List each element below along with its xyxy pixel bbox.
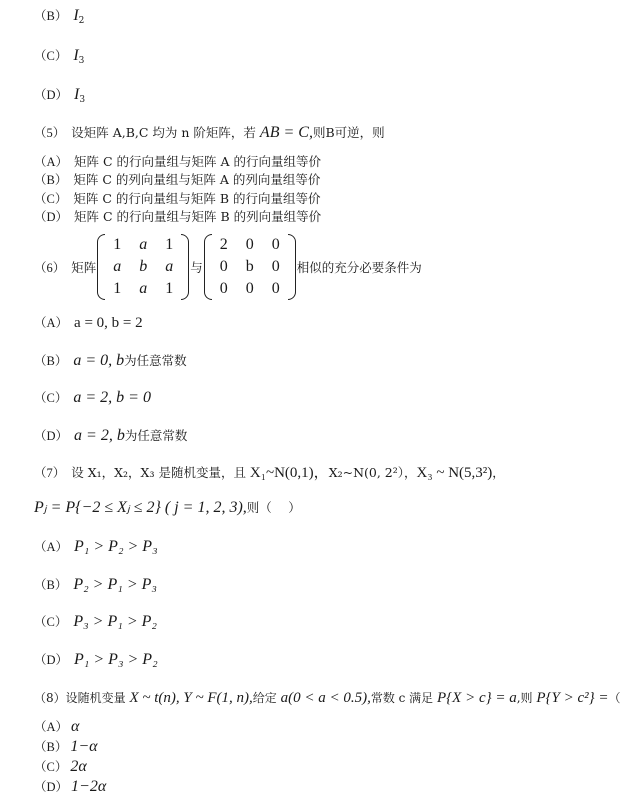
matrix-cell: 0 bbox=[211, 278, 237, 300]
option-label: （A） bbox=[34, 316, 68, 330]
option-label: （C） bbox=[34, 391, 67, 405]
question-text: 设 X₁，X₂，X₃ 是随机变量，且 bbox=[71, 465, 250, 480]
matrix-cell: 0 bbox=[237, 278, 263, 300]
option-label: （B） bbox=[34, 173, 67, 187]
connector-text: 与 bbox=[190, 258, 203, 276]
question-text: （ ） bbox=[609, 691, 623, 705]
q6-option-a: （A）a = 0, b = 2 bbox=[34, 315, 143, 332]
option-label: （A） bbox=[34, 155, 68, 169]
question-text: ,则 bbox=[517, 691, 537, 705]
matrix-cell: a bbox=[130, 278, 156, 300]
separator: ， bbox=[404, 465, 417, 480]
right-paren bbox=[288, 234, 296, 300]
left-paren bbox=[97, 234, 105, 300]
q5-option-d: （D）矩阵 C 的行向量组与矩阵 B 的列向量组等价 bbox=[34, 209, 321, 226]
option-label: （D） bbox=[34, 210, 68, 224]
option-label: （D） bbox=[34, 780, 68, 794]
left-paren bbox=[204, 234, 212, 300]
option-math: a = 2, b = 0 bbox=[73, 389, 151, 406]
option-label: （B） bbox=[34, 9, 67, 23]
option-subscript: 2 bbox=[79, 16, 85, 26]
q8-option-c: （C）2α bbox=[34, 759, 87, 776]
question-text: 则B可逆，则 bbox=[313, 125, 385, 140]
option-text: 矩阵 C 的行向量组与矩阵 B 的列向量组等价 bbox=[74, 209, 321, 224]
question-text: 矩阵 bbox=[71, 258, 96, 276]
q5-stem: （5）设矩阵 A,B,C 均为 n 阶矩阵，若 AB = C,则B可逆，则 bbox=[34, 125, 385, 142]
q7-option-c: （C）P₃ > P₁ > P₂ bbox=[34, 614, 157, 631]
option-label: （B） bbox=[34, 354, 67, 368]
matrix-cell: 2 bbox=[211, 234, 237, 256]
q7-stem-line2: Pⱼ = P{−2 ≤ Xⱼ ≤ 2} ( j = 1, 2, 3),则（ ） bbox=[34, 500, 301, 517]
q8-option-d: （D）1−2α bbox=[34, 779, 106, 796]
option-label: （B） bbox=[34, 740, 67, 754]
matrix-cell: 1 bbox=[156, 234, 182, 256]
matrix-cell: 1 bbox=[156, 278, 182, 300]
question-number: （8） bbox=[34, 691, 66, 705]
option-math: α bbox=[71, 718, 79, 735]
option-text: 为任意常数 bbox=[125, 428, 188, 443]
matrix-cell: 0 bbox=[263, 234, 289, 256]
question-math: Pⱼ = P{−2 ≤ Xⱼ ≤ 2} ( j = 1, 2, 3), bbox=[34, 499, 247, 516]
q7-option-a: （A）P₁ > P₂ > P₃ bbox=[34, 539, 158, 556]
matrix-cell: 0 bbox=[263, 278, 289, 300]
q4-option-c: （C）I3 bbox=[34, 48, 84, 69]
matrix-cell: 0 bbox=[263, 256, 289, 278]
q8-option-a: （A）α bbox=[34, 719, 79, 736]
matrix-cell: b bbox=[237, 256, 263, 278]
q8-option-b: （B）1−α bbox=[34, 739, 98, 756]
q7-option-d: （D）P₁ > P₃ > P₂ bbox=[34, 652, 158, 669]
q6-option-c: （C）a = 2, b = 0 bbox=[34, 390, 151, 407]
q4-option-b: （B）I2 bbox=[34, 8, 84, 29]
option-text: 矩阵 C 的行向量组与矩阵 A 的行向量组等价 bbox=[74, 154, 321, 169]
matrix-cell: 1 bbox=[104, 278, 130, 300]
matrix-b: 200 0b0 000 bbox=[204, 234, 296, 300]
option-label: （C） bbox=[34, 615, 67, 629]
option-subscript: 3 bbox=[79, 56, 85, 66]
q8-stem: （8）设随机变量 X ~ t(n), Y ~ F(1, n),给定 a(0 < … bbox=[34, 690, 623, 706]
option-math: 1−α bbox=[70, 738, 97, 755]
q5-option-b: （B）矩阵 C 的列向量组与矩阵 A 的列向量组等价 bbox=[34, 172, 320, 189]
q7-option-b: （B）P₂ > P₁ > P₃ bbox=[34, 577, 157, 594]
option-math: P₁ > P₃ > P₂ bbox=[74, 651, 158, 668]
question-number: （5） bbox=[34, 126, 65, 140]
question-math: X ~ t(n), Y ~ F(1, n), bbox=[129, 690, 252, 706]
question-text: 相似的充分必要条件为 bbox=[297, 258, 422, 276]
option-label: （C） bbox=[34, 49, 67, 63]
question-text: 则（ ） bbox=[247, 500, 301, 515]
matrix-a: 1a1 aba 1a1 bbox=[97, 234, 189, 300]
question-text: 设矩阵 A,B,C 均为 n 阶矩阵，若 bbox=[71, 125, 260, 140]
option-math: 1−2α bbox=[71, 778, 106, 795]
option-label: （C） bbox=[34, 192, 67, 206]
option-math: 2α bbox=[70, 758, 86, 775]
question-math: X₃ ~ N(5,3²) bbox=[417, 465, 493, 481]
option-math: a = 0, b = 2 bbox=[74, 315, 143, 331]
question-math: a(0 < a < 0.5), bbox=[281, 690, 371, 706]
option-label: （D） bbox=[34, 653, 68, 667]
matrix-cell: 0 bbox=[211, 256, 237, 278]
q5-option-a: （A）矩阵 C 的行向量组与矩阵 A 的行向量组等价 bbox=[34, 154, 321, 171]
matrix-cell: 0 bbox=[237, 234, 263, 256]
q6-option-d: （D）a = 2, b为任意常数 bbox=[34, 428, 187, 445]
option-label: （D） bbox=[34, 88, 68, 102]
matrix-cell: a bbox=[104, 256, 130, 278]
option-text: 矩阵 C 的列向量组与矩阵 A 的列向量组等价 bbox=[73, 172, 320, 187]
question-text: 设随机变量 bbox=[66, 691, 130, 705]
q7-stem-line1: （7）设 X₁，X₂，X₃ 是随机变量，且 X₁~N(0,1)，X₂~N(0, … bbox=[34, 465, 505, 482]
option-subscript: 3 bbox=[79, 95, 85, 105]
matrix-cell: 1 bbox=[104, 234, 130, 256]
q6-option-b: （B）a = 0, b为任意常数 bbox=[34, 353, 187, 370]
question-math: X₂~N(0, 2²） bbox=[329, 465, 404, 480]
option-math: P₁ > P₂ > P₃ bbox=[74, 538, 158, 555]
right-paren bbox=[181, 234, 189, 300]
question-math: P{Y > c²} = bbox=[536, 690, 608, 706]
option-math: a = 2, b bbox=[74, 427, 125, 444]
option-math: P₂ > P₁ > P₃ bbox=[73, 576, 157, 593]
matrix-cell: a bbox=[130, 234, 156, 256]
question-number: （6） bbox=[34, 258, 65, 276]
option-label: （D） bbox=[34, 429, 68, 443]
option-math: P₃ > P₁ > P₂ bbox=[73, 613, 157, 630]
option-label: （A） bbox=[34, 720, 68, 734]
q5-option-c: （C）矩阵 C 的行向量组与矩阵 B 的行向量组等价 bbox=[34, 191, 321, 208]
option-text: 矩阵 C 的行向量组与矩阵 B 的行向量组等价 bbox=[73, 191, 320, 206]
question-text: 给定 bbox=[253, 691, 281, 705]
question-math: X₁~N(0,1)， bbox=[250, 465, 329, 481]
matrix-cell: a bbox=[156, 256, 182, 278]
question-text: 常数 c 满足 bbox=[371, 691, 437, 705]
option-text: 为任意常数 bbox=[124, 353, 187, 368]
option-label: （C） bbox=[34, 760, 67, 774]
option-math: a = 0, b bbox=[73, 352, 124, 369]
q4-option-d: （D）I3 bbox=[34, 87, 85, 108]
option-label: （B） bbox=[34, 578, 67, 592]
option-label: （A） bbox=[34, 540, 68, 554]
matrix-cell: b bbox=[130, 256, 156, 278]
question-math: AB = C, bbox=[260, 124, 313, 141]
question-number: （7） bbox=[34, 466, 65, 480]
separator: ， bbox=[492, 465, 505, 480]
question-math: P{X > c} = a bbox=[437, 690, 517, 706]
q6-stem: （6） 矩阵 1a1 aba 1a1 与 200 0b0 000 相似的充分必要… bbox=[34, 234, 422, 300]
